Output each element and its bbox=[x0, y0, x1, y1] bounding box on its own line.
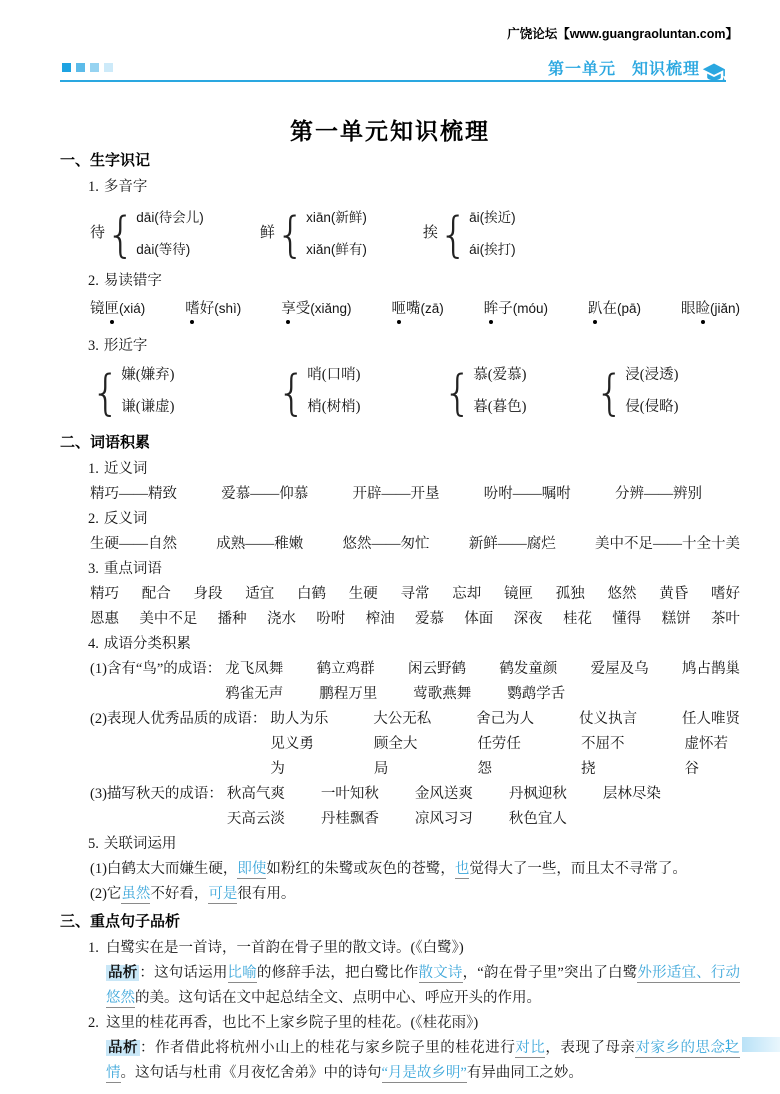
text-segment: ：这句话运用 bbox=[139, 965, 227, 981]
word-item: 悠然 bbox=[608, 582, 637, 607]
duoyin-char: 挨 bbox=[423, 221, 438, 246]
word-part: 眼 bbox=[681, 301, 696, 317]
analysis-label: 品析 bbox=[106, 1040, 140, 1056]
word-item: 茶叶 bbox=[711, 607, 740, 632]
text-segment: (2)它 bbox=[90, 886, 121, 902]
sentence-analysis-item: 2. 这里的桂花再香，也比不上家乡院子里的桂花。(《桂花雨》) 品析：作者借此将… bbox=[88, 1011, 740, 1086]
header-tag: 知识梳理 bbox=[632, 56, 700, 79]
word-part: 嘴 bbox=[406, 301, 421, 317]
xingjin-word: 慕(爱慕) bbox=[473, 363, 526, 388]
duoyin-readings: dāi(待会儿) dài(等待) bbox=[136, 205, 204, 262]
word-item: 榨油 bbox=[366, 607, 395, 632]
idiom-words: 见义勇为顾全大局任劳任怨不屈不挠虚怀若谷 bbox=[270, 732, 740, 782]
subsection-duoyin: 1.多音字 bbox=[88, 175, 740, 200]
word-item: 新鲜——腐烂 bbox=[469, 532, 556, 557]
subsection-xingjin: 3.形近字 bbox=[88, 334, 740, 359]
word-item: 吩咐——嘱咐 bbox=[484, 482, 571, 507]
word-item: 美中不足——十全十美 bbox=[595, 532, 740, 557]
subsection-chengyu: 4.成语分类积累 bbox=[88, 632, 740, 657]
word-item: 嗜好 bbox=[711, 582, 740, 607]
brace-decoration bbox=[91, 367, 120, 415]
duoyin-reading: xiǎn(鲜有) bbox=[306, 237, 367, 262]
pinyin: (jiǎn) bbox=[710, 301, 740, 316]
item-body: 这里的桂花再香，也比不上家乡院子里的桂花。(《桂花雨》) 品析：作者借此将杭州小… bbox=[106, 1011, 740, 1086]
word-item: 秋高气爽 bbox=[227, 782, 285, 807]
duoyin-reading: xiān(新鲜) bbox=[306, 205, 367, 230]
text-segment: ，“韵在骨子里”突出了白鹭 bbox=[463, 965, 638, 981]
xingjin-word: 浸(浸透) bbox=[625, 363, 678, 388]
subsection-label: 形近字 bbox=[104, 338, 148, 354]
word-item: 金风送爽 bbox=[415, 782, 473, 807]
header-unit: 第一单元 bbox=[548, 56, 616, 79]
duoyin-row: 待 dāi(待会儿) dài(等待) 鲜 xiān(新鲜) xiǎn(鲜有) 挨 bbox=[90, 200, 740, 269]
word-item: 莺歌燕舞 bbox=[413, 682, 471, 707]
dotted-char: 匣 bbox=[105, 301, 120, 317]
subsection-fanyi: 2.反义词 bbox=[88, 507, 740, 532]
idiom-group-line: (1)含有“鸟”的成语： 鸦雀无声鹏程万里莺歌燕舞鹦鹉学舌 bbox=[90, 682, 740, 707]
section-heading-2: 二、词语积累 bbox=[60, 428, 740, 457]
subsection-label: 成语分类积累 bbox=[104, 636, 191, 652]
subsection-number: 1. bbox=[88, 461, 99, 477]
duoyin-readings: āi(挨近) ái(挨打) bbox=[469, 205, 516, 262]
subsection-guanlian: 5.关联词运用 bbox=[88, 832, 740, 857]
word-item: 鹤发童颜 bbox=[499, 657, 557, 682]
dotted-char: 嗜 bbox=[185, 301, 200, 317]
word-item: 天高云淡 bbox=[227, 807, 285, 832]
word-with-pinyin: 嗜好(shì) bbox=[185, 296, 241, 322]
word-item: 鸦雀无声 bbox=[225, 682, 283, 707]
text-segment: ：作者借此将杭州小山上的桂花与家乡院子里的桂花进行 bbox=[140, 1040, 515, 1056]
word-item: 秋色宜人 bbox=[509, 807, 567, 832]
word-item: 丹桂飘香 bbox=[321, 807, 379, 832]
xingjin-pair: 哨(口哨) 梢(树梢) bbox=[307, 363, 360, 420]
pinyin: (xiá) bbox=[119, 301, 145, 316]
dotted-char: 睑 bbox=[695, 301, 710, 317]
word-item: 配合 bbox=[142, 582, 171, 607]
duoyin-item: 鲜 xiān(新鲜) xiǎn(鲜有) bbox=[260, 205, 367, 262]
word-item: 身段 bbox=[194, 582, 223, 607]
item-number: 1. bbox=[88, 936, 106, 1011]
conjunction-sentence: (1)白鹤太大而嫌生硬，即使如粉红的朱鹭或灰色的苍鹭，也觉得大了一些，而且太不寻… bbox=[90, 857, 740, 882]
word-item: 寻常 bbox=[401, 582, 430, 607]
word-item: 适宜 bbox=[245, 582, 274, 607]
subsection-zhongdian: 3.重点词语 bbox=[88, 557, 740, 582]
word-item: 鹏程万里 bbox=[319, 682, 377, 707]
key-words-row: 精巧配合身段适宜白鹤生硬寻常忘却镜匣孤独悠然黄昏嗜好 bbox=[90, 582, 740, 607]
xingjin-pair: 慕(爱慕) 暮(暮色) bbox=[473, 363, 526, 420]
word-item: 丹枫迎秋 bbox=[509, 782, 567, 807]
sentence-analysis-item: 1. 白鹭实在是一首诗，一首韵在骨子里的散文诗。(《白鹭》) 品析：这句话运用比… bbox=[88, 936, 740, 1011]
word-item: 美中不足 bbox=[139, 607, 197, 632]
word-with-pinyin: 享受(xiǎng) bbox=[281, 296, 351, 322]
word-with-pinyin: 眼睑(jiǎn) bbox=[681, 296, 740, 322]
idiom-words: 龙飞凤舞鹤立鸡群闲云野鹤鹤发童颜爱屋及乌鸠占鹊巢 bbox=[225, 657, 740, 682]
word-item: 恩惠 bbox=[90, 607, 119, 632]
analysis-paragraph: 品析：作者借此将杭州小山上的桂花与家乡院子里的桂花进行对比，表现了母亲对家乡的思… bbox=[106, 1036, 740, 1086]
word-item: 舍己为人 bbox=[476, 707, 534, 732]
word-item: 生硬——自然 bbox=[90, 532, 177, 557]
idiom-group-label: (3)描写秋天的成语： bbox=[90, 782, 223, 807]
pinyin: (xiǎng) bbox=[310, 301, 351, 316]
word-with-pinyin: 眸子(móu) bbox=[484, 296, 548, 322]
subsection-number: 2. bbox=[88, 511, 99, 527]
subsection-label: 反义词 bbox=[104, 511, 148, 527]
duoyin-char: 待 bbox=[90, 221, 105, 246]
subsection-yidu: 2.易读错字 bbox=[88, 269, 740, 294]
key-term: 也 bbox=[455, 861, 470, 879]
idiom-words: 助人为乐大公无私舍己为人仗义执言任人唯贤 bbox=[270, 707, 740, 732]
header-squares-decoration bbox=[62, 59, 118, 77]
duoyin-item: 挨 āi(挨近) ái(挨打) bbox=[423, 205, 516, 262]
word-item: 深夜 bbox=[514, 607, 543, 632]
page-title: 第一单元知识梳理 bbox=[0, 113, 780, 146]
xingjin-word: 侵(侵略) bbox=[625, 395, 678, 420]
duoyin-char: 鲜 bbox=[260, 221, 275, 246]
xingjin-word: 谦(谦虚) bbox=[121, 395, 174, 420]
word-item: 糕饼 bbox=[662, 607, 691, 632]
key-term: 可是 bbox=[208, 886, 237, 904]
xingjin-group: 哨(口哨) 梢(树梢) bbox=[276, 363, 442, 420]
word-item: 闲云野鹤 bbox=[408, 657, 466, 682]
word-item: 爱慕——仰慕 bbox=[221, 482, 308, 507]
word-item: 分辨——辨别 bbox=[615, 482, 702, 507]
quoted-sentence: 白鹭实在是一首诗，一首韵在骨子里的散文诗。(《白鹭》) bbox=[106, 936, 740, 961]
word-with-pinyin: 镜匣(xiá) bbox=[90, 296, 145, 322]
subsection-jinyi: 1.近义词 bbox=[88, 457, 740, 482]
brace-decoration bbox=[439, 209, 468, 257]
text-segment: 。这句话与杜甫《月夜忆舍弟》中的诗句 bbox=[121, 1065, 382, 1081]
word-item: 镜匣 bbox=[504, 582, 533, 607]
text-segment: ，表现了母亲 bbox=[545, 1040, 635, 1056]
idiom-group-line: (3)描写秋天的成语： 秋高气爽一叶知秋金风送爽丹枫迎秋层林尽染 bbox=[90, 782, 740, 807]
word-item: 鸠占鹊巢 bbox=[682, 657, 740, 682]
idiom-words: 鸦雀无声鹏程万里莺歌燕舞鹦鹉学舌 bbox=[225, 682, 740, 707]
word-item: 鹤立鸡群 bbox=[317, 657, 375, 682]
word-item: 桂花 bbox=[563, 607, 592, 632]
duoyin-reading: dài(等待) bbox=[136, 237, 204, 262]
word-item: 任劳任怨 bbox=[477, 732, 533, 782]
idiom-group-line: (2)表现人优秀品质的成语： 见义勇为顾全大局任劳任怨不屈不挠虚怀若谷 bbox=[90, 732, 740, 782]
duoyin-reading: dāi(待会儿) bbox=[136, 205, 204, 230]
xingjin-word: 嫌(嫌弃) bbox=[121, 363, 174, 388]
text-segment: 很有用。 bbox=[237, 886, 295, 902]
xingjin-group: 慕(爱慕) 暮(暮色) bbox=[442, 363, 594, 420]
word-item: 忘却 bbox=[452, 582, 481, 607]
word-item: 开辟——开垦 bbox=[353, 482, 440, 507]
word-item: 孤独 bbox=[556, 582, 585, 607]
subsection-label: 多音字 bbox=[104, 179, 148, 195]
graduation-cap-icon bbox=[702, 61, 726, 85]
dotted-char: 享 bbox=[281, 301, 296, 317]
subsection-label: 近义词 bbox=[104, 461, 148, 477]
word-part: 在 bbox=[602, 301, 617, 317]
quoted-sentence: 这里的桂花再香，也比不上家乡院子里的桂花。(《桂花雨》) bbox=[106, 1011, 740, 1036]
idiom-group-label: (1)含有“鸟”的成语： bbox=[90, 657, 221, 682]
word-item: 白鹤 bbox=[297, 582, 326, 607]
word-item: 助人为乐 bbox=[270, 707, 328, 732]
xingjin-row: 嫌(嫌弃) 谦(谦虚) 哨(口哨) 梢(树梢) 慕(爱慕) 暮(暮色) bbox=[90, 359, 740, 428]
word-item: 虚怀若谷 bbox=[684, 732, 740, 782]
word-item: 仗义执言 bbox=[579, 707, 637, 732]
key-words-row: 恩惠美中不足播种浇水吩咐榨油爱慕体面深夜桂花懂得糕饼茶叶 bbox=[90, 607, 740, 632]
subsection-label: 易读错字 bbox=[104, 273, 162, 289]
xingjin-pair: 嫌(嫌弃) 谦(谦虚) bbox=[121, 363, 174, 420]
pinyin: (zā) bbox=[420, 301, 443, 316]
brace-decoration bbox=[277, 367, 306, 415]
word-item: 不屈不挠 bbox=[581, 732, 637, 782]
antonym-pairs-row: 生硬——自然成熟——稚嫩悠然——匆忙新鲜——腐烂美中不足——十全十美 bbox=[90, 532, 740, 557]
word-item: 凉风习习 bbox=[415, 807, 473, 832]
subsection-number: 1. bbox=[88, 179, 99, 195]
dotted-char: 趴 bbox=[588, 301, 603, 317]
subsection-number: 3. bbox=[88, 338, 99, 354]
subsection-label: 关联词运用 bbox=[104, 836, 177, 852]
word-item: 悠然——匆忙 bbox=[343, 532, 430, 557]
brace-decoration bbox=[443, 367, 472, 415]
key-term: 虽然 bbox=[121, 886, 150, 904]
yidu-row: 镜匣(xiá) 嗜好(shì) 享受(xiǎng) 咂嘴(zā) 眸子(móu)… bbox=[90, 294, 740, 334]
word-with-pinyin: 趴在(pā) bbox=[588, 296, 641, 322]
page-number: 1 bbox=[724, 1037, 732, 1052]
word-item: 大公无私 bbox=[373, 707, 431, 732]
header-bar: 第一单元 知识梳理 bbox=[60, 52, 726, 82]
page-number-bar-decoration bbox=[742, 1037, 780, 1052]
word-item: 见义勇为 bbox=[270, 732, 326, 782]
duoyin-readings: xiān(新鲜) xiǎn(鲜有) bbox=[306, 205, 367, 262]
synonym-pairs-row: 精巧——精致爱慕——仰慕开辟——开垦吩咐——嘱咐分辨——辨别 bbox=[90, 482, 740, 507]
subsection-number: 2. bbox=[88, 273, 99, 289]
word-item: 体面 bbox=[464, 607, 493, 632]
subsection-number: 5. bbox=[88, 836, 99, 852]
duoyin-reading: ái(挨打) bbox=[469, 237, 516, 262]
xingjin-group: 浸(浸透) 侵(侵略) bbox=[594, 363, 740, 420]
word-item: 吩咐 bbox=[316, 607, 345, 632]
brace-decoration bbox=[106, 209, 135, 257]
pinyin: (shì) bbox=[214, 301, 241, 316]
item-body: 白鹭实在是一首诗，一首韵在骨子里的散文诗。(《白鹭》) 品析：这句话运用比喻的修… bbox=[106, 936, 740, 1011]
word-item: 黄昏 bbox=[659, 582, 688, 607]
xingjin-group: 嫌(嫌弃) 谦(谦虚) bbox=[90, 363, 276, 420]
word-item: 任人唯贤 bbox=[682, 707, 740, 732]
idiom-words: 秋高气爽一叶知秋金风送爽丹枫迎秋层林尽染 bbox=[227, 782, 740, 807]
word-item: 爱慕 bbox=[415, 607, 444, 632]
text-segment: 的美。这句话在文中起总结全文、点明中心、呼应开头的作用。 bbox=[135, 990, 541, 1006]
document-page: 广饶论坛【www.guangraoluntan.com】 第一单元 知识梳理 第… bbox=[0, 0, 780, 1094]
section-heading-1: 一、生字识记 bbox=[60, 146, 740, 175]
key-term: 散文诗 bbox=[419, 965, 463, 983]
key-term: “月是故乡明” bbox=[382, 1065, 467, 1083]
idiom-words: 天高云淡丹桂飘香凉风习习秋色宜人 bbox=[227, 807, 740, 832]
analysis-label: 品析 bbox=[106, 965, 139, 981]
xingjin-word: 哨(口哨) bbox=[307, 363, 360, 388]
text-segment: 有异曲同工之妙。 bbox=[467, 1065, 583, 1081]
xingjin-pair: 浸(浸透) 侵(侵略) bbox=[625, 363, 678, 420]
idiom-group-line: (1)含有“鸟”的成语： 龙飞凤舞鹤立鸡群闲云野鹤鹤发童颜爱屋及乌鸠占鹊巢 bbox=[90, 657, 740, 682]
subsection-number: 4. bbox=[88, 636, 99, 652]
brace-decoration bbox=[595, 367, 624, 415]
idiom-group-line: (3)描写秋天的成语： 天高云淡丹桂飘香凉风习习秋色宜人 bbox=[90, 807, 740, 832]
conjunction-sentence: (2)它虽然不好看，可是很有用。 bbox=[90, 882, 740, 907]
word-item: 顾全大局 bbox=[374, 732, 430, 782]
word-item: 精巧——精致 bbox=[90, 482, 177, 507]
word-item: 层林尽染 bbox=[603, 782, 661, 807]
pinyin: (móu) bbox=[513, 301, 548, 316]
text-segment: 如粉红的朱鹭或灰色的苍鹭， bbox=[266, 861, 455, 877]
key-term: 对比 bbox=[515, 1040, 545, 1058]
content: 一、生字识记 1.多音字 待 dāi(待会儿) dài(等待) 鲜 xiān(新… bbox=[60, 146, 740, 1086]
xingjin-word: 梢(树梢) bbox=[307, 395, 360, 420]
text-segment: (1)白鹤太大而嫌生硬， bbox=[90, 861, 237, 877]
page-footer: 1 bbox=[724, 1037, 780, 1052]
dotted-char: 咂 bbox=[391, 301, 406, 317]
idiom-group-line: (2)表现人优秀品质的成语： 助人为乐大公无私舍己为人仗义执言任人唯贤 bbox=[90, 707, 740, 732]
text-segment: 不好看， bbox=[150, 886, 208, 902]
xingjin-word: 暮(暮色) bbox=[473, 395, 526, 420]
word-item: 一叶知秋 bbox=[321, 782, 379, 807]
item-number: 2. bbox=[88, 1011, 106, 1086]
text-segment: 的修辞手法，把白鹭比作 bbox=[257, 965, 419, 981]
brace-decoration bbox=[276, 209, 305, 257]
analysis-paragraph: 品析：这句话运用比喻的修辞手法，把白鹭比作散文诗，“韵在骨子里”突出了白鹭外形适… bbox=[106, 961, 740, 1011]
section-heading-3: 三、重点句子品析 bbox=[60, 907, 740, 936]
word-item: 播种 bbox=[218, 607, 247, 632]
word-part: 镜 bbox=[90, 301, 105, 317]
key-term: 比喻 bbox=[228, 965, 257, 983]
key-term: 即使 bbox=[237, 861, 266, 879]
word-part: 好 bbox=[200, 301, 215, 317]
subsection-number: 3. bbox=[88, 561, 99, 577]
subsection-label: 重点词语 bbox=[104, 561, 162, 577]
word-item: 爱屋及乌 bbox=[591, 657, 649, 682]
word-part: 受 bbox=[296, 301, 311, 317]
word-part: 子 bbox=[498, 301, 513, 317]
word-item: 精巧 bbox=[90, 582, 119, 607]
word-item: 鹦鹉学舌 bbox=[507, 682, 565, 707]
word-item: 成熟——稚嫩 bbox=[216, 532, 303, 557]
dotted-char: 眸 bbox=[484, 301, 499, 317]
text-segment: 觉得大了一些，而且太不寻常了。 bbox=[469, 861, 687, 877]
word-item: 懂得 bbox=[612, 607, 641, 632]
duoyin-reading: āi(挨近) bbox=[469, 205, 516, 230]
watermark: 广饶论坛【www.guangraoluntan.com】 bbox=[507, 24, 738, 42]
duoyin-item: 待 dāi(待会儿) dài(等待) bbox=[90, 205, 204, 262]
header-unit-label: 第一单元 知识梳理 bbox=[548, 56, 726, 79]
word-item: 浇水 bbox=[267, 607, 296, 632]
word-with-pinyin: 咂嘴(zā) bbox=[391, 296, 443, 322]
pinyin: (pā) bbox=[617, 301, 641, 316]
word-item: 龙飞凤舞 bbox=[225, 657, 283, 682]
idiom-group-label: (2)表现人优秀品质的成语： bbox=[90, 707, 266, 732]
word-item: 生硬 bbox=[349, 582, 378, 607]
